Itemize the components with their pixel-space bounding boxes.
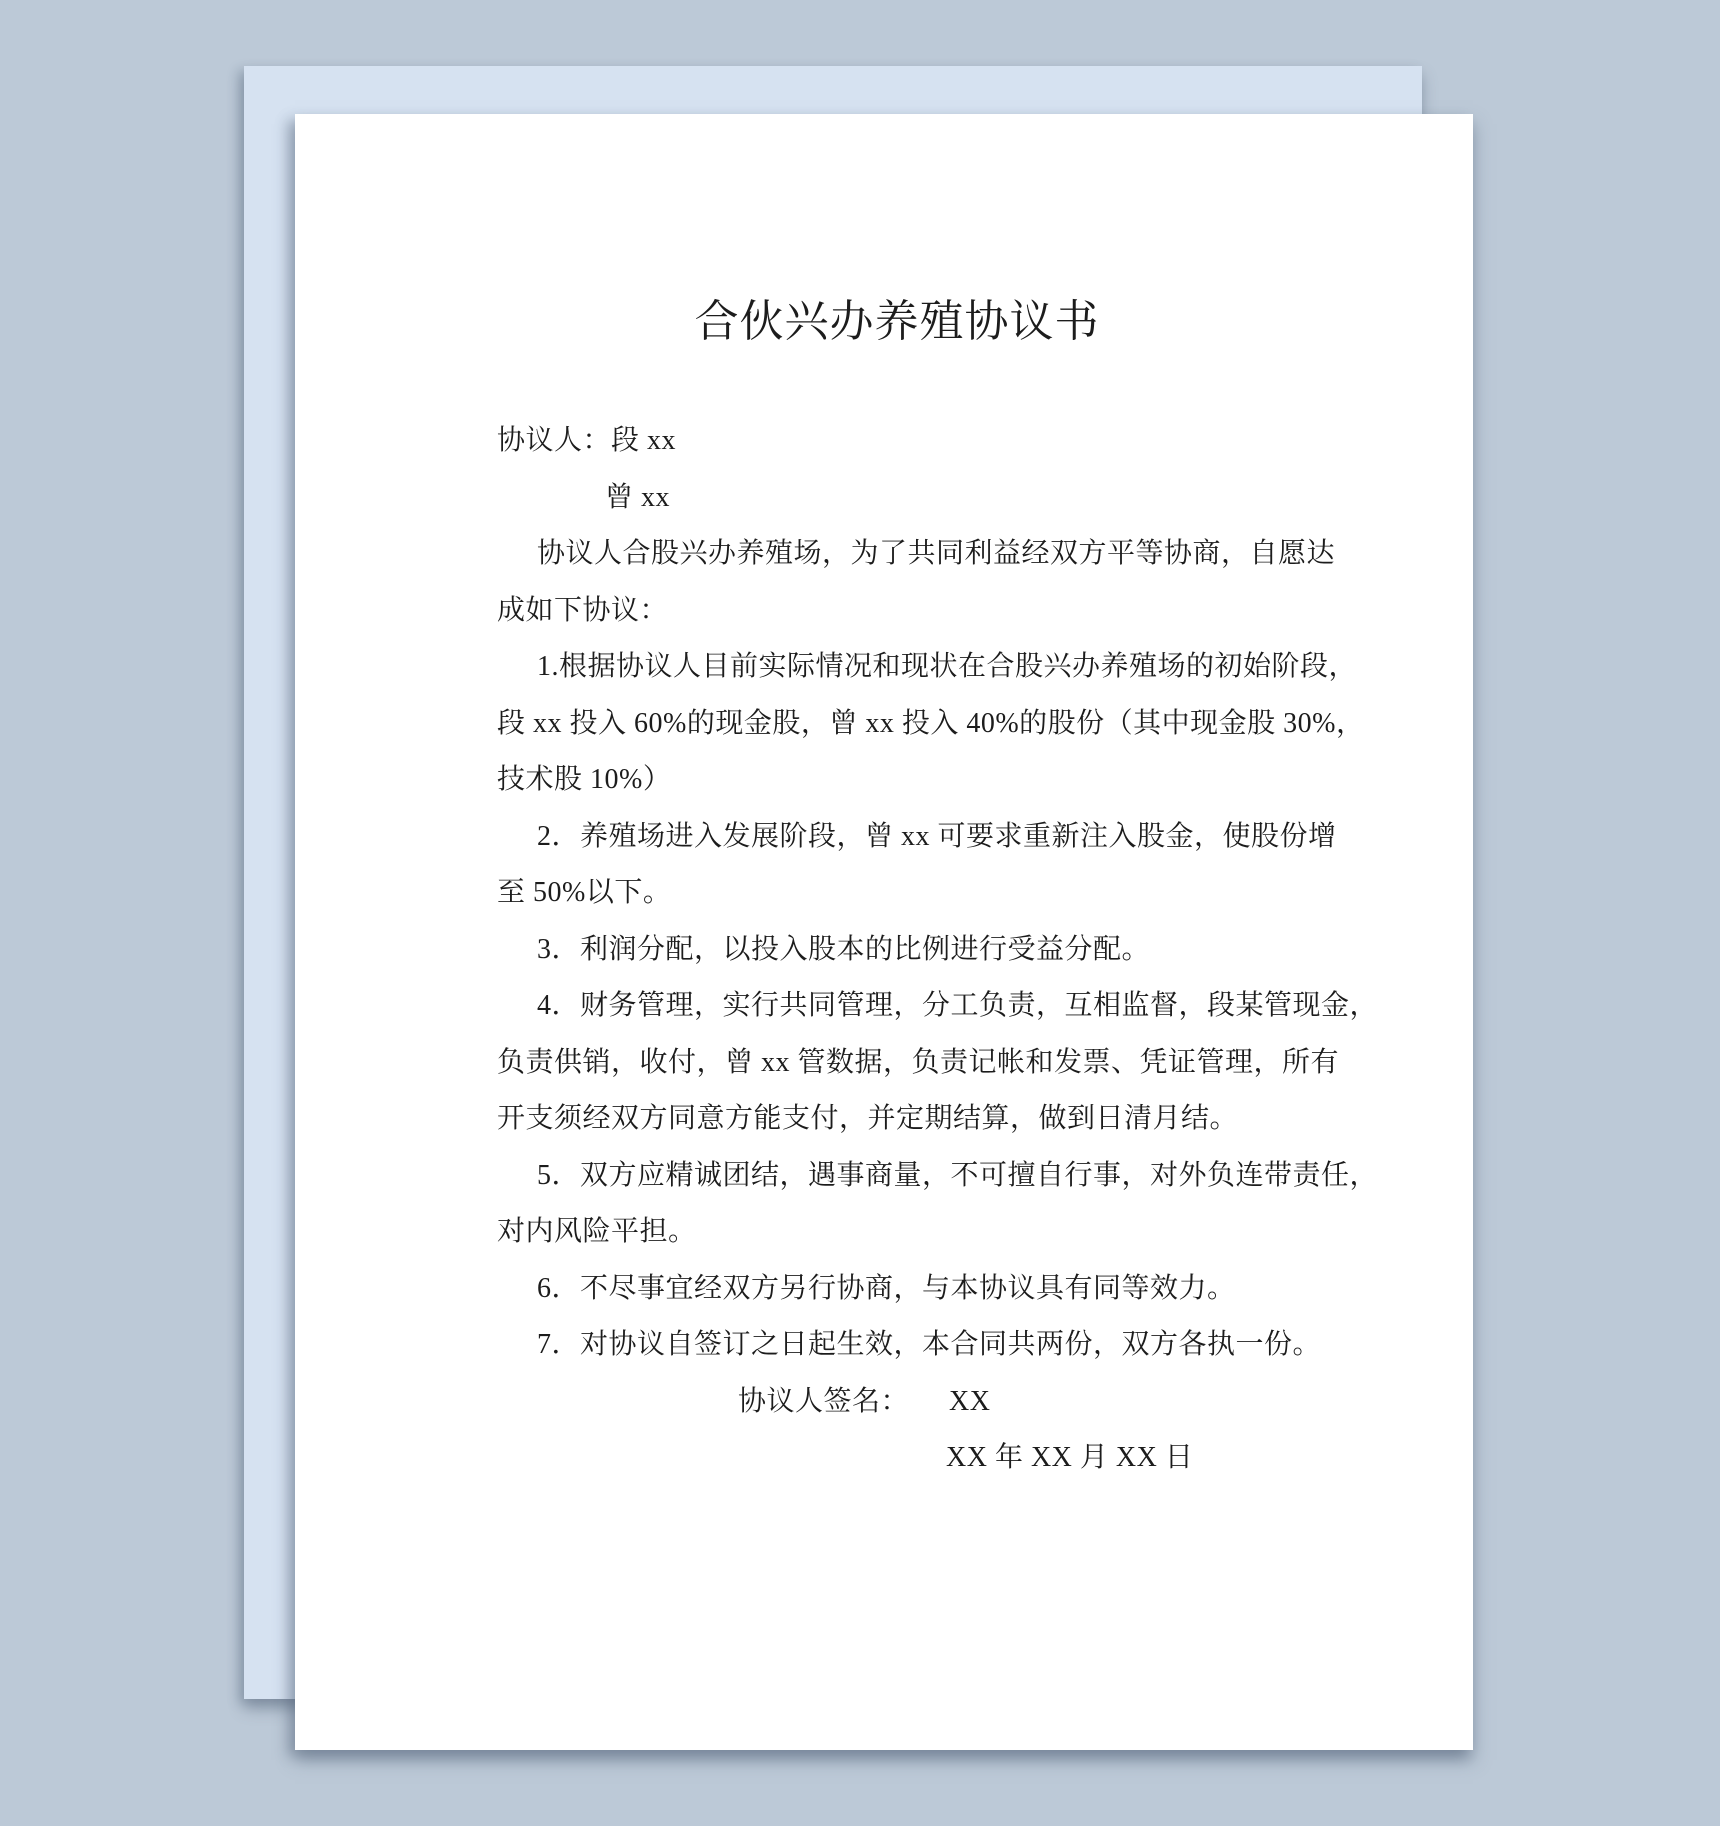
document-page: 合伙兴办养殖协议书 协议人：段 xx 曾 xx 协议人合股兴办养殖场，为了共同利… — [295, 114, 1473, 1750]
line-clause-1a: 1.根据协议人目前实际情况和现状在合股兴办养殖场的初始阶段， — [497, 639, 1297, 696]
line-clause-2b: 至 50%以下。 — [497, 865, 1297, 922]
line-clause-4a: 4．财务管理，实行共同管理，分工负责，互相监督，段某管现金， — [497, 978, 1297, 1035]
line-clause-6: 6．不尽事宜经双方另行协商，与本协议具有同等效力。 — [497, 1261, 1297, 1318]
line-clause-5b: 对内风险平担。 — [497, 1204, 1297, 1261]
line-clause-1c: 技术股 10%） — [497, 752, 1297, 809]
signature-line: 协议人签名：XX — [497, 1374, 1297, 1431]
line-clause-4c: 开支须经双方同意方能支付，并定期结算，做到日清月结。 — [497, 1091, 1297, 1148]
line-party-2: 曾 xx — [497, 470, 1297, 527]
line-preamble-2: 成如下协议： — [497, 583, 1297, 640]
line-clause-7: 7．对协议自签订之日起生效，本合同共两份，双方各执一份。 — [497, 1317, 1297, 1374]
signature-value: XX — [949, 1386, 990, 1417]
line-preamble-1: 协议人合股兴办养殖场，为了共同利益经双方平等协商，自愿达 — [497, 526, 1297, 583]
line-clause-4b: 负责供销，收付，曾 xx 管数据，负责记帐和发票、凭证管理，所有 — [497, 1035, 1297, 1092]
line-parties-lead: 协议人：段 xx — [497, 413, 1297, 470]
line-clause-1b: 段 xx 投入 60%的现金股，曾 xx 投入 40%的股份（其中现金股 30%… — [497, 696, 1297, 753]
line-clause-3: 3．利润分配，以投入股本的比例进行受益分配。 — [497, 922, 1297, 979]
date-line: XX 年 XX 月 XX 日 — [497, 1430, 1297, 1487]
line-clause-5a: 5．双方应精诚团结，遇事商量，不可擅自行事，对外负连带责任， — [497, 1148, 1297, 1205]
document-title: 合伙兴办养殖协议书 — [497, 298, 1297, 346]
signature-label: 协议人签名： — [738, 1386, 909, 1417]
line-clause-2a: 2．养殖场进入发展阶段，曾 xx 可要求重新注入股金，使股份增 — [497, 809, 1297, 866]
